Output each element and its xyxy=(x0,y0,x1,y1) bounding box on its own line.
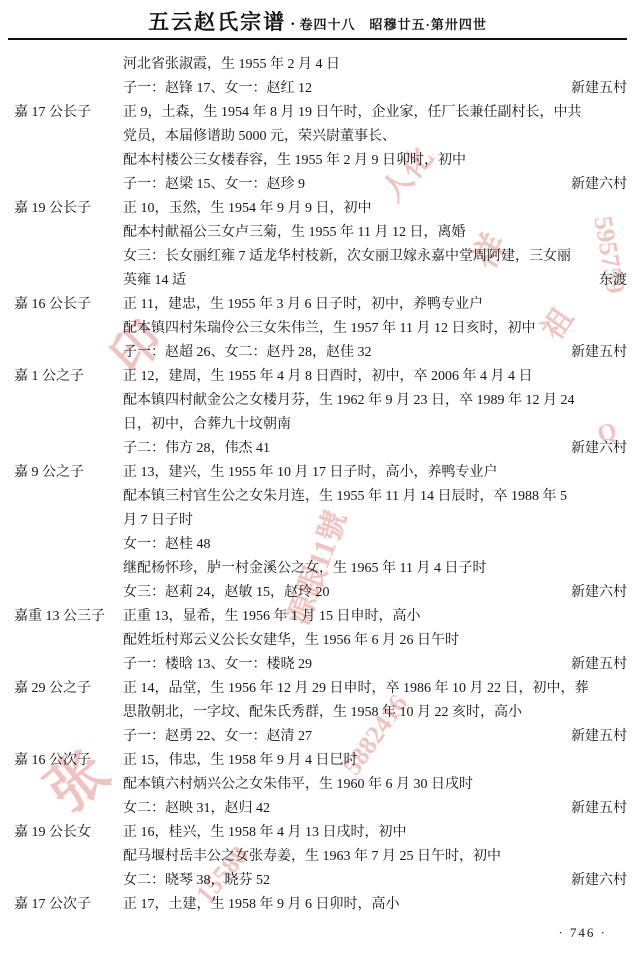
entry-text: 正重 13，显希，生 1956 年 1 月 15 日申时，高小 xyxy=(123,605,421,629)
entry-line: 女一：赵桂 48 xyxy=(0,533,635,557)
entry-text: 思散朝北，一字坟、配朱氏秀群，生 1958 年 10 月 22 亥时，高小 xyxy=(123,701,522,725)
volume-subtitle: 卷四十八 昭穆廿五·第卅四世 xyxy=(300,17,487,32)
entry-generation-label: 嘉 9 公之子 xyxy=(14,461,84,485)
entry-generation-label: 嘉 16 公次子 xyxy=(14,749,91,773)
entry-text: 配本镇四村朱瑞伶公三女朱伟兰，生 1957 年 11 月 12 日亥时，初中 xyxy=(123,317,535,341)
entry-text: 女一：赵桂 48 xyxy=(123,533,211,557)
entry-text: 党员，本届修谱助 5000 元，荣兴尉董事长、 xyxy=(123,125,396,149)
entry-village: 新建五村 xyxy=(571,341,627,365)
entry-line: 党员，本届修谱助 5000 元，荣兴尉董事长、 xyxy=(0,125,635,149)
entry-line: 女二：晓琴 38，晓芬 52新建六村 xyxy=(0,869,635,893)
entry-line: 河北省张淑霞，生 1955 年 2 月 4 日 xyxy=(0,53,635,77)
entry-village: 新建六村 xyxy=(571,581,627,605)
entry-line: 嘉 16 公长子正 11，建忠，生 1955 年 3 月 6 日子时，初中，养鸭… xyxy=(0,293,635,317)
entry-village: 新建五村 xyxy=(571,725,627,749)
entry-text: 女三：长女丽红雍 7 适龙华村枝新，次女丽卫嫁永嘉中堂周阿建，三女丽 xyxy=(123,245,571,269)
header-rule xyxy=(8,38,627,40)
entry-text: 子一：赵超 26、女二：赵丹 28，赵佳 32 xyxy=(123,341,372,365)
entry-text: 配姓坵村郑云义公长女建华，生 1956 年 6 月 26 日午时 xyxy=(123,629,459,653)
entry-generation-label: 嘉 29 公之子 xyxy=(14,677,91,701)
entry-text: 配本镇三村官生公之女朱月连，生 1955 年 11 月 14 日辰时，卒 198… xyxy=(123,485,567,509)
entry-line: 嘉 17 公长子正 9，土森，生 1954 年 8 月 19 日午时，企业家，任… xyxy=(0,101,635,125)
entry-text: 配本村献福公三女卢三菊，生 1955 年 11 月 12 日，离婚 xyxy=(123,221,465,245)
entry-line: 女二：赵映 31，赵归 42新建五村 xyxy=(0,797,635,821)
entry-line: 月 7 日子时 xyxy=(0,509,635,533)
entry-text: 正 16，桂兴，生 1958 年 4 月 13 日戌时，初中 xyxy=(123,821,407,845)
book-title: 五云赵氏宗谱 xyxy=(148,10,286,34)
title-separator-dot: · xyxy=(286,16,299,33)
entry-text: 河北省张淑霞，生 1955 年 2 月 4 日 xyxy=(123,53,340,77)
entry-village: 新建六村 xyxy=(571,437,627,461)
entry-line: 子一：赵超 26、女二：赵丹 28，赵佳 32新建五村 xyxy=(0,341,635,365)
entry-generation-label: 嘉 16 公长子 xyxy=(14,293,91,317)
page-number: · 746 · xyxy=(558,925,607,941)
entry-line: 配本镇三村官生公之女朱月连，生 1955 年 11 月 14 日辰时，卒 198… xyxy=(0,485,635,509)
entry-text: 正 12，建周，生 1955 年 4 月 8 日酉时，初中，卒 2006 年 4… xyxy=(123,365,533,389)
entry-line: 嘉 19 公长子正 10，玉然，生 1954 年 9 月 9 日，初中 xyxy=(0,197,635,221)
entry-village: 新建六村 xyxy=(571,869,627,893)
entry-village: 新建五村 xyxy=(571,77,627,101)
entry-generation-label: 嘉 1 公之子 xyxy=(14,365,84,389)
entry-text: 正 15，伟忠，生 1958 年 9 月 4 日巳时 xyxy=(123,749,358,773)
entry-text: 女二：赵映 31，赵归 42 xyxy=(123,797,270,821)
entry-line: 思散朝北，一字坟、配朱氏秀群，生 1958 年 10 月 22 亥时，高小 xyxy=(0,701,635,725)
entry-line: 继配杨怀珍，胪一村金溪公之女，生 1965 年 11 月 4 日子时 xyxy=(0,557,635,581)
entry-village: 新建六村 xyxy=(571,173,627,197)
entry-line: 子一：赵勇 22、女一：赵清 27新建五村 xyxy=(0,725,635,749)
entry-line: 日，初中，合葬九十坟朝南 xyxy=(0,413,635,437)
entry-line: 女三：长女丽红雍 7 适龙华村枝新，次女丽卫嫁永嘉中堂周阿建，三女丽 xyxy=(0,245,635,269)
entry-line: 嘉 1 公之子正 12，建周，生 1955 年 4 月 8 日酉时，初中，卒 2… xyxy=(0,365,635,389)
entry-village: 新建五村 xyxy=(571,653,627,677)
entry-line: 配马堰村岳丰公之女张寿姜，生 1963 年 7 月 25 日午时，初中 xyxy=(0,845,635,869)
entry-text: 配马堰村岳丰公之女张寿姜，生 1963 年 7 月 25 日午时，初中 xyxy=(123,845,501,869)
entry-text: 女二：晓琴 38，晓芬 52 xyxy=(123,869,270,893)
genealogy-page: 人化祥595759印Q源跟11號张588241615588祖 五云赵氏宗谱·卷四… xyxy=(0,0,635,968)
entry-text: 配本镇四村献金公之女楼月芬，生 1962 年 9 月 23 日，卒 1989 年… xyxy=(123,389,575,413)
entry-text: 正 9，土森，生 1954 年 8 月 19 日午时，企业家，任厂长兼任副村长，… xyxy=(123,101,582,125)
entry-line: 嘉 16 公次子正 15，伟忠，生 1958 年 9 月 4 日巳时 xyxy=(0,749,635,773)
entry-text: 日，初中，合葬九十坟朝南 xyxy=(123,413,291,437)
entry-line: 配本镇六村炳兴公之女朱伟平，生 1960 年 6 月 30 日戌时 xyxy=(0,773,635,797)
entry-line: 配本镇四村献金公之女楼月芬，生 1962 年 9 月 23 日，卒 1989 年… xyxy=(0,389,635,413)
entry-text: 子一：赵梁 15、女一：赵珍 9 xyxy=(123,173,305,197)
entry-generation-label: 嘉 19 公长女 xyxy=(14,821,91,845)
entry-line: 嘉 29 公之子正 14，品堂，生 1956 年 12 月 29 日申时，卒 1… xyxy=(0,677,635,701)
entry-generation-label: 嘉 19 公长子 xyxy=(14,197,91,221)
entry-line: 嘉重 13 公三子正重 13，显希，生 1956 年 1 月 15 日申时，高小 xyxy=(0,605,635,629)
entry-line: 英雍 14 适东渡 xyxy=(0,269,635,293)
entry-text: 英雍 14 适 xyxy=(123,269,186,293)
entry-text: 子二：伟方 28，伟杰 41 xyxy=(123,437,270,461)
entry-line: 配姓坵村郑云义公长女建华，生 1956 年 6 月 26 日午时 xyxy=(0,629,635,653)
entry-line: 女三：赵莉 24，赵敏 15，赵玲 20新建六村 xyxy=(0,581,635,605)
entry-line: 配本村楼公三女楼春容，生 1955 年 2 月 9 日卯时，初中 xyxy=(0,149,635,173)
entry-text: 子一：赵勇 22、女一：赵清 27 xyxy=(123,725,312,749)
entry-text: 正 13，建兴，生 1955 年 10 月 17 日子时，高小，养鸭专业户 xyxy=(123,461,498,485)
entry-village: 新建五村 xyxy=(571,797,627,821)
entry-line: 嘉 19 公长女正 16，桂兴，生 1958 年 4 月 13 日戌时，初中 xyxy=(0,821,635,845)
entry-village: 东渡 xyxy=(599,269,627,293)
entry-text: 正 14，品堂，生 1956 年 12 月 29 日申时，卒 1986 年 10… xyxy=(123,677,589,701)
entry-generation-label: 嘉重 13 公三子 xyxy=(14,605,105,629)
entry-line: 子二：伟方 28，伟杰 41新建六村 xyxy=(0,437,635,461)
entry-text: 正 10，玉然，生 1954 年 9 月 9 日，初中 xyxy=(123,197,372,221)
entry-text: 女三：赵莉 24，赵敏 15，赵玲 20 xyxy=(123,581,330,605)
entry-generation-label: 嘉 17 公次子 xyxy=(14,893,91,917)
entry-text: 子一：赵锋 17、女一：赵红 12 xyxy=(123,77,312,101)
entry-generation-label: 嘉 17 公长子 xyxy=(14,101,91,125)
entry-text: 子一：楼晗 13、女一：楼晓 29 xyxy=(123,653,312,677)
entry-text: 配本镇六村炳兴公之女朱伟平，生 1960 年 6 月 30 日戌时 xyxy=(123,773,473,797)
entry-line: 子一：楼晗 13、女一：楼晓 29新建五村 xyxy=(0,653,635,677)
entry-text: 月 7 日子时 xyxy=(123,509,193,533)
entry-line: 嘉 17 公次子正 17，土建，生 1958 年 9 月 6 日卯时，高小 xyxy=(0,893,635,917)
entry-text: 正 17，土建，生 1958 年 9 月 6 日卯时，高小 xyxy=(123,893,400,917)
entry-line: 嘉 9 公之子正 13，建兴，生 1955 年 10 月 17 日子时，高小，养… xyxy=(0,461,635,485)
entry-text: 继配杨怀珍，胪一村金溪公之女，生 1965 年 11 月 4 日子时 xyxy=(123,557,486,581)
entry-line: 子一：赵梁 15、女一：赵珍 9新建六村 xyxy=(0,173,635,197)
entry-line: 配本镇四村朱瑞伶公三女朱伟兰，生 1957 年 11 月 12 日亥时，初中 xyxy=(0,317,635,341)
entry-text: 配本村楼公三女楼春容，生 1955 年 2 月 9 日卯时，初中 xyxy=(123,149,466,173)
entry-line: 子一：赵锋 17、女一：赵红 12新建五村 xyxy=(0,77,635,101)
page-header: 五云赵氏宗谱·卷四十八 昭穆廿五·第卅四世 xyxy=(0,6,635,36)
entry-line: 配本村献福公三女卢三菊，生 1955 年 11 月 12 日，离婚 xyxy=(0,221,635,245)
entries: 河北省张淑霞，生 1955 年 2 月 4 日子一：赵锋 17、女一：赵红 12… xyxy=(0,53,635,917)
entry-text: 正 11，建忠，生 1955 年 3 月 6 日子时，初中，养鸭专业户 xyxy=(123,293,483,317)
